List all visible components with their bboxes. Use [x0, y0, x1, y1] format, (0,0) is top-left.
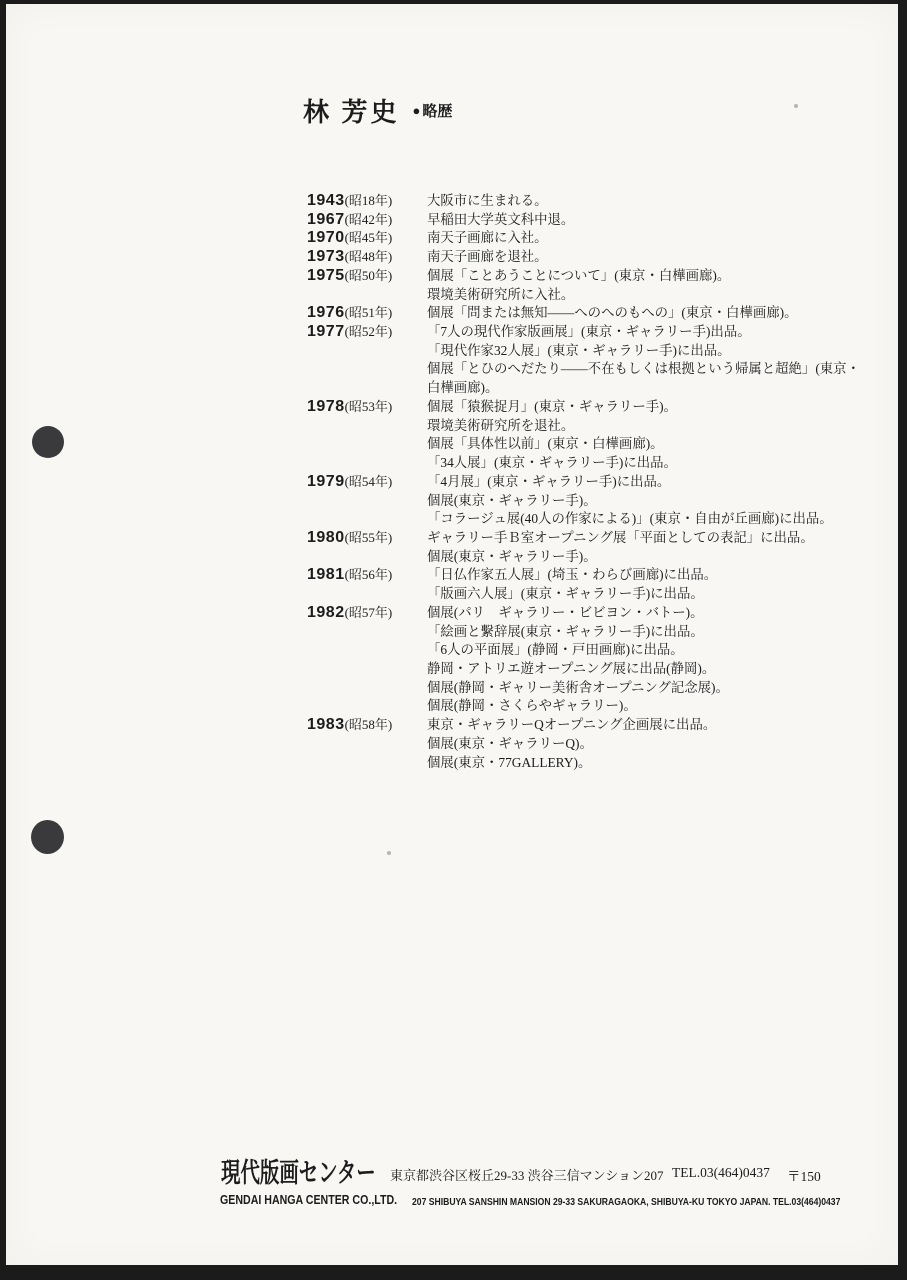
chronology-entry: 1978(昭53年)個展「猿猴捉月」(東京・ギャラリー手)。環境美術研究所を退社…	[307, 398, 860, 473]
era-value: (昭42年)	[345, 212, 393, 227]
chronology-entry: 1982(昭57年)個展(パリ ギャラリー・ビビヨン・バトー)。「絵画と繫辞展(…	[307, 604, 860, 716]
entry-line: 個展(東京・77GALLERY)。	[427, 754, 716, 773]
punch-hole-bottom	[31, 820, 64, 854]
year-value: 1943	[307, 192, 345, 209]
entry-lines: 「4月展」(東京・ギャラリー手)に出品。個展(東京・ギャラリー手)。「コラージュ…	[427, 473, 833, 529]
entry-line: 「34人展」(東京・ギャラリー手)に出品。	[427, 454, 677, 473]
entry-line: 個展(東京・ギャラリー手)。	[427, 548, 814, 567]
entry-line: 個展(東京・ギャラリー手)。	[427, 492, 833, 511]
entry-year: 1982(昭57年)	[307, 604, 427, 716]
chronology-entry: 1981(昭56年)「日仏作家五人展」(埼玉・わらび画廊)に出品。「版画六人展」…	[307, 566, 860, 603]
year-value: 1977	[307, 323, 345, 340]
chronology-entry: 1943(昭18年)大阪市に生まれる。	[307, 192, 860, 211]
era-value: (昭48年)	[345, 249, 393, 264]
page-header: 林 芳史 ● 略歴	[303, 92, 452, 129]
entry-line: 個展「問または無知――へのへのもへの」(東京・白樺画廊)。	[427, 304, 797, 323]
chronology-entry: 1970(昭45年)南天子画廊に入社。	[307, 229, 860, 248]
punch-hole-top	[32, 426, 64, 458]
entry-line: 「日仏作家五人展」(埼玉・わらび画廊)に出品。	[427, 566, 717, 585]
era-value: (昭50年)	[345, 268, 393, 283]
year-value: 1982	[307, 604, 345, 621]
entry-line: 個展「猿猴捉月」(東京・ギャラリー手)。	[427, 398, 677, 417]
bullet-icon: ●	[413, 104, 421, 117]
chronology-entry: 1973(昭48年)南天子画廊を退社。	[307, 248, 860, 267]
entry-line: 早稲田大学英文科中退。	[427, 211, 574, 230]
entry-year: 1981(昭56年)	[307, 566, 427, 603]
entry-line: 大阪市に生まれる。	[427, 192, 548, 211]
era-value: (昭52年)	[345, 324, 393, 339]
year-value: 1975	[307, 267, 345, 284]
chronology-entry: 1977(昭52年)「7人の現代作家版画展」(東京・ギャラリー手)出品。「現代作…	[307, 323, 860, 398]
entry-lines: 大阪市に生まれる。	[427, 192, 548, 211]
entry-lines: 個展「ことあうことについて」(東京・白樺画廊)。環境美術研究所に入社。	[427, 267, 730, 304]
scanned-page: 林 芳史 ● 略歴 1943(昭18年)大阪市に生まれる。1967(昭42年)早…	[0, 0, 907, 1280]
artist-name: 林 芳史	[303, 92, 400, 129]
entry-line: 環境美術研究所を退社。	[427, 417, 677, 436]
entry-lines: 個展「猿猴捉月」(東京・ギャラリー手)。環境美術研究所を退社。個展「具体性以前」…	[427, 398, 677, 473]
chronology-entry: 1975(昭50年)個展「ことあうことについて」(東京・白樺画廊)。環境美術研究…	[307, 267, 860, 304]
era-value: (昭45年)	[345, 230, 393, 245]
era-value: (昭58年)	[345, 717, 393, 732]
entry-lines: 個展(パリ ギャラリー・ビビヨン・バトー)。「絵画と繫辞展(東京・ギャラリー手)…	[427, 604, 729, 716]
entry-line: 個展(静岡・さくらやギャラリー)。	[427, 697, 729, 716]
entry-line: 個展(東京・ギャラリーQ)。	[427, 735, 716, 754]
chronology-entry: 1980(昭55年)ギャラリー手Ｂ室オープニング展「平面としての表記」に出品。個…	[307, 529, 860, 566]
entry-year: 1975(昭50年)	[307, 267, 427, 304]
era-value: (昭18年)	[345, 193, 393, 208]
chronology-list: 1943(昭18年)大阪市に生まれる。1967(昭42年)早稲田大学英文科中退。…	[307, 192, 860, 772]
entry-line: 個展(静岡・ギャリー美術舎オープニング記念展)。	[427, 679, 729, 698]
era-value: (昭57年)	[345, 605, 393, 620]
entry-line: 「版画六人展」(東京・ギャラリー手)に出品。	[427, 585, 717, 604]
entry-lines: 東京・ギャラリーQオープニング企画展に出品。個展(東京・ギャラリーQ)。個展(東…	[427, 716, 716, 772]
year-value: 1973	[307, 248, 345, 265]
entry-lines: ギャラリー手Ｂ室オープニング展「平面としての表記」に出品。個展(東京・ギャラリー…	[427, 529, 814, 566]
era-value: (昭56年)	[345, 567, 393, 582]
chronology-entry: 1983(昭58年)東京・ギャラリーQオープニング企画展に出品。個展(東京・ギャ…	[307, 716, 860, 772]
entry-lines: 早稲田大学英文科中退。	[427, 211, 574, 230]
era-value: (昭51年)	[345, 305, 393, 320]
section-label-text: 略歴	[422, 100, 452, 121]
entry-year: 1973(昭48年)	[307, 248, 427, 267]
entry-line: 個展「ことあうことについて」(東京・白樺画廊)。	[427, 267, 730, 286]
entry-line: 個展「とひのへだたり――不在もしくは根拠という帰属と超絶」(東京・	[427, 360, 860, 379]
era-value: (昭54年)	[345, 474, 393, 489]
entry-line: 「6人の平面展」(静岡・戸田画廊)に出品。	[427, 641, 729, 660]
entry-line: 「現代作家32人展」(東京・ギャラリー手)に出品。	[427, 342, 860, 361]
chronology-entry: 1979(昭54年)「4月展」(東京・ギャラリー手)に出品。個展(東京・ギャラリ…	[307, 473, 860, 529]
entry-line: 東京・ギャラリーQオープニング企画展に出品。	[427, 716, 716, 735]
entry-line: 「7人の現代作家版画展」(東京・ギャラリー手)出品。	[427, 323, 860, 342]
year-value: 1980	[307, 529, 345, 546]
entry-line: 個展「具体性以前」(東京・白樺画廊)。	[427, 435, 677, 454]
entry-year: 1970(昭45年)	[307, 229, 427, 248]
chronology-entry: 1976(昭51年)個展「問または無知――へのへのもへの」(東京・白樺画廊)。	[307, 304, 860, 323]
entry-lines: 南天子画廊を退社。	[427, 248, 548, 267]
entry-line: 個展(パリ ギャラリー・ビビヨン・バトー)。	[427, 604, 729, 623]
scan-speck	[387, 851, 391, 855]
entry-lines: 個展「問または無知――へのへのもへの」(東京・白樺画廊)。	[427, 304, 797, 323]
entry-year: 1983(昭58年)	[307, 716, 427, 772]
chronology-entry: 1967(昭42年)早稲田大学英文科中退。	[307, 211, 860, 230]
entry-lines: 南天子画廊に入社。	[427, 229, 548, 248]
entry-year: 1980(昭55年)	[307, 529, 427, 566]
era-value: (昭53年)	[345, 399, 393, 414]
entry-line: 環境美術研究所に入社。	[427, 286, 730, 305]
entry-year: 1978(昭53年)	[307, 398, 427, 473]
entry-year: 1943(昭18年)	[307, 192, 427, 211]
entry-line: ギャラリー手Ｂ室オープニング展「平面としての表記」に出品。	[427, 529, 814, 548]
scan-speck	[794, 104, 798, 108]
year-value: 1976	[307, 304, 345, 321]
entry-year: 1977(昭52年)	[307, 323, 427, 398]
year-value: 1979	[307, 473, 345, 490]
year-value: 1978	[307, 398, 345, 415]
entry-year: 1967(昭42年)	[307, 211, 427, 230]
year-value: 1983	[307, 716, 345, 733]
year-value: 1970	[307, 229, 345, 246]
entry-line: 「絵画と繫辞展(東京・ギャラリー手)に出品。	[427, 623, 729, 642]
year-value: 1967	[307, 211, 345, 228]
entry-lines: 「日仏作家五人展」(埼玉・わらび画廊)に出品。「版画六人展」(東京・ギャラリー手…	[427, 566, 717, 603]
entry-line: 「4月展」(東京・ギャラリー手)に出品。	[427, 473, 833, 492]
era-value: (昭55年)	[345, 530, 393, 545]
entry-line: 南天子画廊に入社。	[427, 229, 548, 248]
entry-year: 1979(昭54年)	[307, 473, 427, 529]
entry-line: 静岡・アトリエ遊オープニング展に出品(静岡)。	[427, 660, 729, 679]
entry-lines: 「7人の現代作家版画展」(東京・ギャラリー手)出品。「現代作家32人展」(東京・…	[427, 323, 860, 398]
section-label: ● 略歴	[413, 100, 453, 121]
entry-line: 白樺画廊)。	[427, 379, 860, 398]
entry-line: 「コラージュ展(40人の作家による)」(東京・自由が丘画廊)に出品。	[427, 510, 833, 529]
entry-line: 南天子画廊を退社。	[427, 248, 548, 267]
year-value: 1981	[307, 566, 345, 583]
entry-year: 1976(昭51年)	[307, 304, 427, 323]
